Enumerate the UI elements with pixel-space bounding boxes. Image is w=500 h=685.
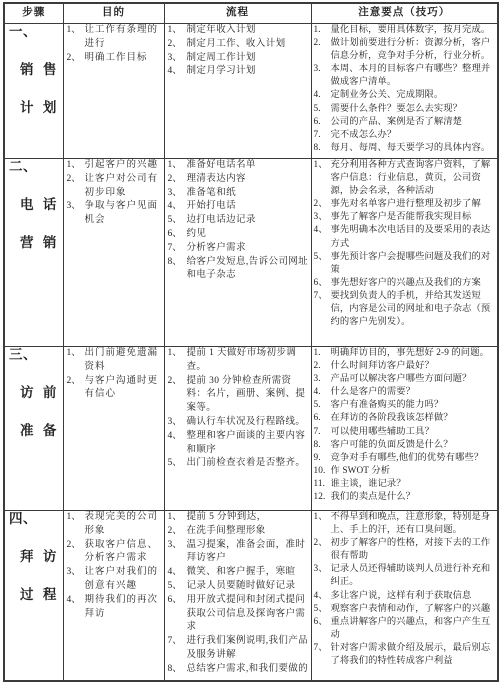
list-item: 8.每月、每周、每天要学习的具体内容。 xyxy=(312,142,498,155)
list-item-text: 在洗手间整理形象 xyxy=(187,525,311,539)
list-item-number: 1、 xyxy=(64,347,85,361)
list-item-number: 5、 xyxy=(312,603,331,616)
list-item-text: 什么时间拜访客户最好？ xyxy=(331,360,498,373)
list-item-number: 5、 xyxy=(165,457,187,471)
list-item-text: 获取客户信息、分析客户需求 xyxy=(85,539,164,567)
list-item-text: 观察客户表情和动作，了解客户的兴趣 xyxy=(331,603,498,616)
list-item-text: 作 SWOT 分析 xyxy=(331,465,498,478)
list-item-number: 2. xyxy=(312,37,331,50)
list-item: 4、开始打电话 xyxy=(165,200,311,214)
step-cell: 一、 销 售 计 划 xyxy=(4,24,63,159)
list-item-text: 初步了解客户的性格，对接下去的工作很有帮助 xyxy=(331,537,498,563)
list-item-number: 5、 xyxy=(165,214,187,228)
list-item-text: 让客户对我们的创意有兴趣 xyxy=(85,566,164,594)
list-item: 2、与客户沟通时更有信心 xyxy=(64,375,164,403)
list-item-text: 事先明确本次电话目的及要采用的表达方式 xyxy=(331,224,498,250)
step-cell: 四、 拜 访 过 程 xyxy=(4,511,63,682)
list-item-text: 针对客户需求做介绍及展示，最后别忘了将我们的特性转成客户利益 xyxy=(331,642,498,668)
list-item: 1、让工作有条理的进行 xyxy=(64,24,164,52)
column-header-step: 步骤 xyxy=(4,3,63,24)
list-item-number: 3. xyxy=(312,63,331,76)
list-item: 5.需要什么条件？要怎么去实现？ xyxy=(312,103,498,116)
list-item: 1、制定年收入计划 xyxy=(165,24,311,38)
list-item-text: 微笑、和客户握手，寒暄 xyxy=(187,566,311,580)
notes-cell: 1、充分利用各种方式查询客户资料，了解客户信息：行业信息，黄页，公司资源，协会名… xyxy=(311,159,498,347)
list-item-text: 期待我们的再次拜访 xyxy=(85,594,164,622)
list-item-text: 事先对名单客户进行整理及初步了解 xyxy=(331,198,498,211)
list-item-text: 谁主谈，谁记录？ xyxy=(331,478,498,491)
list-item: 11.谁主谈，谁记录？ xyxy=(312,478,498,491)
step-number: 二、 xyxy=(5,159,63,175)
list-item-number: 8. xyxy=(312,439,331,452)
list-item-text: 本周、本月的目标客户有哪些？整理并做成客户清单。 xyxy=(331,63,498,89)
list-item-text: 量化目标，要用具体数字，按月完成。 xyxy=(331,24,498,37)
process-cell: 1、提前 5 分钟到达，2、在洗手间整理形象3、温习提案，准备会面，准时拜访客户… xyxy=(164,511,311,682)
list-item: 1、引起客户的兴趣 xyxy=(64,159,164,173)
list-item: 2、制定月工作、收入计划 xyxy=(165,38,311,52)
list-item-number: 4、 xyxy=(165,200,187,214)
list-item: 1、出门前避免遗漏资料 xyxy=(64,347,164,375)
list-item-text: 边打电话边记录 xyxy=(187,214,311,228)
purpose-cell: 1、出门前避免遗漏资料2、与客户沟通时更有信心 xyxy=(63,347,164,511)
list-item-number: 1、 xyxy=(165,159,187,173)
list-item: 5、观察客户表情和动作，了解客户的兴趣 xyxy=(312,603,498,616)
list-item-text: 争取与客户见面机会 xyxy=(85,200,164,228)
list-item-text: 事先预计客户会提哪些问题及我们的对策 xyxy=(331,251,498,277)
list-item-number: 4、 xyxy=(165,430,187,444)
list-item: 1、提前 5 分钟到达， xyxy=(165,511,311,525)
list-item: 3、记录人员还得辅助谈判人员进行补充和纠正。 xyxy=(312,563,498,589)
list-item-text: 提前 1 天做好市场初步调查。 xyxy=(187,347,311,375)
list-item: 6、事先想好客户的兴趣点及我们的方案 xyxy=(312,277,498,290)
list-item: 1、不得早到和晚点，注意形象，特别是身上、手上的汗，还有口臭问题。 xyxy=(312,511,498,537)
list-item-number: 3、 xyxy=(64,200,85,214)
list-item-text: 准备好电话名单 xyxy=(187,159,311,173)
list-item-number: 2、 xyxy=(165,38,187,52)
list-item: 3、制定周工作计划 xyxy=(165,52,311,66)
list-item-number: 7、 xyxy=(312,642,331,655)
list-item-text: 事先想好客户的兴趣点及我们的方案 xyxy=(331,277,498,290)
list-item-number: 7、 xyxy=(312,290,331,303)
list-item: 2、获取客户信息、分析客户需求 xyxy=(64,539,164,567)
list-item-number: 2、 xyxy=(312,537,331,550)
list-item: 5、出门前检查衣着是否整齐。 xyxy=(165,457,311,471)
list-item-number: 9. xyxy=(312,452,331,465)
step-cell: 二、 电 话 营 销 xyxy=(4,159,63,347)
table-row-visit-process: 四、 拜 访 过 程 1、表现完美的公司形象2、获取客户信息、分析客户需求3、让… xyxy=(4,511,498,682)
list-item: 2、事先对名单客户进行整理及初步了解 xyxy=(312,198,498,211)
list-item-number: 2、 xyxy=(64,375,85,389)
list-item-number: 2、 xyxy=(312,198,331,211)
list-item-number: 3、 xyxy=(312,563,331,576)
list-item-text: 提前 5 分钟到达， xyxy=(187,511,311,525)
list-item-text: 多让客户说，这样有利于获取信息 xyxy=(331,590,498,603)
list-item: 4、微笑、和客户握手，寒暄 xyxy=(165,566,311,580)
list-item: 9.竞争对手有哪些,他们的优势有哪些？ xyxy=(312,452,498,465)
list-item-number: 2、 xyxy=(64,539,85,553)
list-item-text: 制定月学习计划 xyxy=(187,65,311,79)
list-item-text: 用开放式提问和封闭式提问获取公司信息及探询客户需求 xyxy=(187,594,311,635)
list-item-number: 8、 xyxy=(165,663,187,677)
list-item-number: 11. xyxy=(312,478,331,491)
list-item: 6、约见 xyxy=(165,228,311,242)
document-page: 步骤 目的 流程 注意要点（技巧） 一、 销 售 计 划 1、让工作有条理的进行… xyxy=(0,0,500,682)
list-item: 7、进行我们案例说明,我们产品及服务讲解 xyxy=(165,635,311,663)
list-item: 3、争取与客户见面机会 xyxy=(64,200,164,228)
list-item-text: 做计划前要进行分析：资源分析，客户信息分析，竞争对手分析，行业分析。 xyxy=(331,37,498,63)
list-item-number: 1、 xyxy=(64,159,85,173)
notes-cell: 1.量化目标，要用具体数字，按月完成。2.做计划前要进行分析：资源分析，客户信息… xyxy=(311,24,498,159)
list-item: 2、初步了解客户的性格，对接下去的工作很有帮助 xyxy=(312,537,498,563)
list-item-number: 6. xyxy=(312,116,331,129)
list-item-text: 可以使用哪些辅助工具？ xyxy=(331,426,498,439)
list-item: 3、让客户对我们的创意有兴趣 xyxy=(64,566,164,594)
list-item: 10.作 SWOT 分析 xyxy=(312,465,498,478)
process-cell: 1、制定年收入计划2、制定月工作、收入计划3、制定周工作计划4、制定月学习计划 xyxy=(164,24,311,159)
step-cell: 三、 访 前 准 备 xyxy=(4,347,63,511)
step-number: 四、 xyxy=(5,511,63,527)
list-item: 4.定制业务公关、完成期限。 xyxy=(312,89,498,102)
list-item-text: 理清表达内容 xyxy=(187,173,311,187)
list-item: 6、重点讲解客户的兴趣点，和客户产生互动 xyxy=(312,616,498,642)
list-item-text: 整理和客户面谈的主要内容和顺序 xyxy=(187,430,311,458)
column-header-process: 流程 xyxy=(164,3,311,24)
list-item: 7、针对客户需求做介绍及展示，最后别忘了将我们的特性转成客户利益 xyxy=(312,642,498,668)
list-item: 2.做计划前要进行分析：资源分析，客户信息分析，竞争对手分析，行业分析。 xyxy=(312,37,498,63)
list-item: 4、事先明确本次电话目的及要采用的表达方式 xyxy=(312,224,498,250)
list-item-number: 1、 xyxy=(165,24,187,38)
list-item: 5、事先预计客户会提哪些问题及我们的对策 xyxy=(312,251,498,277)
list-item-text: 温习提案，准备会面，准时拜访客户 xyxy=(187,539,311,567)
list-item-text: 出门前检查衣着是否整齐。 xyxy=(187,457,311,471)
list-item: 1、充分利用各种方式查询客户资料，了解客户信息：行业信息，黄页，公司资源，协会名… xyxy=(312,159,498,198)
list-item: 2、让客户对公司有初步印象 xyxy=(64,173,164,201)
table-row-telemarketing: 二、 电 话 营 销 1、引起客户的兴趣2、让客户对公司有初步印象3、争取与客户… xyxy=(4,159,498,347)
list-item-text: 开始打电话 xyxy=(187,200,311,214)
list-item-number: 2、 xyxy=(64,52,85,66)
list-item-number: 4. xyxy=(312,89,331,102)
step-label-line: 拜 访 xyxy=(5,549,63,565)
list-item-text: 不得早到和晚点，注意形象，特别是身上、手上的汗，还有口臭问题。 xyxy=(331,511,498,537)
list-item-text: 竞争对手有哪些,他们的优势有哪些？ xyxy=(331,452,498,465)
list-item: 8、给客户发短息,告诉公司网址和电子杂志 xyxy=(165,256,311,284)
list-item-number: 2. xyxy=(312,360,331,373)
list-item-text: 确认行车状况及行程路线。 xyxy=(187,416,311,430)
list-item-text: 提前 30 分钟检查所需资料：名片，画册、案例、提案等。 xyxy=(187,375,311,416)
list-item-text: 定制业务公关、完成期限。 xyxy=(331,89,498,102)
list-item-number: 8. xyxy=(312,142,331,155)
list-item-text: 制定周工作计划 xyxy=(187,52,311,66)
list-item-number: 1、 xyxy=(64,511,85,525)
list-item-number: 3. xyxy=(312,373,331,386)
step-label-line: 计 划 xyxy=(5,100,63,116)
list-item-text: 给客户发短息,告诉公司网址和电子杂志 xyxy=(187,256,311,284)
column-header-notes: 注意要点（技巧） xyxy=(311,3,498,24)
step-label-line: 电 话 xyxy=(5,197,63,213)
list-item-number: 3、 xyxy=(165,539,187,553)
list-item-text: 产品可以解决客户哪些方面问题？ xyxy=(331,373,498,386)
list-item: 6.公司的产品、案例是否了解清楚 xyxy=(312,116,498,129)
list-item-text: 事先了解客户是否能帮我实现目标 xyxy=(331,211,498,224)
column-header-purpose: 目的 xyxy=(63,3,164,24)
list-item-text: 出门前避免遗漏资料 xyxy=(85,347,164,375)
list-item: 1.明确拜访目的，事先想好 2-9 的问题。 xyxy=(312,347,498,360)
list-item-number: 7、 xyxy=(165,635,187,649)
list-item-number: 4. xyxy=(312,386,331,399)
list-item-text: 分析客户需求 xyxy=(187,242,311,256)
list-item-text: 什么是客户的需要？ xyxy=(331,386,498,399)
list-item-number: 8、 xyxy=(165,256,187,270)
sales-process-table: 步骤 目的 流程 注意要点（技巧） 一、 销 售 计 划 1、让工作有条理的进行… xyxy=(3,2,499,682)
list-item-number: 3、 xyxy=(64,566,85,580)
list-item-number: 4、 xyxy=(165,566,187,580)
step-label-line: 过 程 xyxy=(5,587,63,603)
list-item-number: 12. xyxy=(312,491,331,504)
list-item-text: 准备笔和纸 xyxy=(187,187,311,201)
list-item-number: 3、 xyxy=(165,187,187,201)
list-item-number: 7. xyxy=(312,426,331,439)
list-item: 3、准备笔和纸 xyxy=(165,187,311,201)
list-item: 4、整理和客户面谈的主要内容和顺序 xyxy=(165,430,311,458)
list-item-text: 约见 xyxy=(187,228,311,242)
list-item: 7.完不成怎么办？ xyxy=(312,129,498,142)
list-item-number: 3、 xyxy=(165,416,187,430)
list-item: 1、提前 1 天做好市场初步调查。 xyxy=(165,347,311,375)
list-item-text: 完不成怎么办？ xyxy=(331,129,498,142)
list-item-number: 1、 xyxy=(312,159,331,172)
list-item-text: 总结客户需求,和我们要做的 xyxy=(187,663,311,677)
list-item-number: 6. xyxy=(312,412,331,425)
list-item: 2、理清表达内容 xyxy=(165,173,311,187)
step-label-line: 销 售 xyxy=(5,62,63,78)
list-item: 12.我们的卖点是什么？ xyxy=(312,491,498,504)
process-cell: 1、准备好电话名单2、理清表达内容3、准备笔和纸4、开始打电话5、边打电话边记录… xyxy=(164,159,311,347)
list-item-text: 明确工作目标 xyxy=(85,52,164,66)
list-item-number: 1、 xyxy=(312,511,331,524)
list-item-number: 7. xyxy=(312,129,331,142)
list-item: 2、在洗手间整理形象 xyxy=(165,525,311,539)
list-item-text: 记录人员还得辅助谈判人员进行补充和纠正。 xyxy=(331,563,498,589)
list-item: 8、总结客户需求,和我们要做的 xyxy=(165,663,311,677)
purpose-cell: 1、让工作有条理的进行2、明确工作目标 xyxy=(63,24,164,159)
process-cell: 1、提前 1 天做好市场初步调查。2、提前 30 分钟检查所需资料：名片，画册、… xyxy=(164,347,311,511)
list-item-text: 制定月工作、收入计划 xyxy=(187,38,311,52)
list-item-number: 6、 xyxy=(312,616,331,629)
list-item-text: 公司的产品、案例是否了解清楚 xyxy=(331,116,498,129)
list-item: 2.什么时间拜访客户最好？ xyxy=(312,360,498,373)
list-item-number: 2、 xyxy=(165,375,187,389)
list-item: 1、表现完美的公司形象 xyxy=(64,511,164,539)
list-item: 2、提前 30 分钟检查所需资料：名片，画册、案例、提案等。 xyxy=(165,375,311,416)
list-item-number: 2、 xyxy=(165,173,187,187)
list-item-number: 1、 xyxy=(165,347,187,361)
list-item-text: 要找到负责人的手机，并给其发送短信，内容是公司的网址和电子杂志（预约的客户先别发… xyxy=(331,290,498,329)
table-row-sales-plan: 一、 销 售 计 划 1、让工作有条理的进行2、明确工作目标 1、制定年收入计划… xyxy=(4,24,498,159)
list-item: 6.在拜访的各阶段我该怎样做？ xyxy=(312,412,498,425)
list-item: 4、多让客户说，这样有利于获取信息 xyxy=(312,590,498,603)
step-number: 三、 xyxy=(5,347,63,363)
list-item: 3.本周、本月的目标客户有哪些？整理并做成客户清单。 xyxy=(312,63,498,89)
list-item-text: 让工作有条理的进行 xyxy=(85,24,164,52)
list-item: 4.什么是客户的需要？ xyxy=(312,386,498,399)
list-item-number: 1、 xyxy=(64,24,85,38)
list-item: 7.可以使用哪些辅助工具？ xyxy=(312,426,498,439)
list-item-number: 6、 xyxy=(165,594,187,608)
purpose-cell: 1、表现完美的公司形象2、获取客户信息、分析客户需求3、让客户对我们的创意有兴趣… xyxy=(63,511,164,682)
list-item-text: 需要什么条件？要怎么去实现？ xyxy=(331,103,498,116)
list-item-text: 客户有准备购买的能力吗？ xyxy=(331,399,498,412)
list-item: 3、温习提案，准备会面，准时拜访客户 xyxy=(165,539,311,567)
list-item: 4、期待我们的再次拜访 xyxy=(64,594,164,622)
list-item-number: 5、 xyxy=(312,251,331,264)
notes-cell: 1、不得早到和晚点，注意形象，特别是身上、手上的汗，还有口臭问题。2、初步了解客… xyxy=(311,511,498,682)
list-item: 3、事先了解客户是否能帮我实现目标 xyxy=(312,211,498,224)
list-item: 1、准备好电话名单 xyxy=(165,159,311,173)
table-row-pre-visit-prep: 三、 访 前 准 备 1、出门前避免遗漏资料2、与客户沟通时更有信心 1、提前 … xyxy=(4,347,498,511)
step-label-line: 营 销 xyxy=(5,235,63,251)
list-item-number: 2、 xyxy=(64,173,85,187)
list-item-number: 7、 xyxy=(165,242,187,256)
list-item-text: 记录人员要随时做好记录 xyxy=(187,580,311,594)
list-item-text: 与客户沟通时更有信心 xyxy=(85,375,164,403)
list-item-number: 1、 xyxy=(165,511,187,525)
list-item-number: 4、 xyxy=(64,594,85,608)
list-item: 4、制定月学习计划 xyxy=(165,65,311,79)
list-item-number: 5. xyxy=(312,103,331,116)
list-item: 7、分析客户需求 xyxy=(165,242,311,256)
list-item-text: 明确拜访目的，事先想好 2-9 的问题。 xyxy=(331,347,498,360)
list-item-text: 进行我们案例说明,我们产品及服务讲解 xyxy=(187,635,311,663)
notes-cell: 1.明确拜访目的，事先想好 2-9 的问题。2.什么时间拜访客户最好？3.产品可… xyxy=(311,347,498,511)
list-item-text: 制定年收入计划 xyxy=(187,24,311,38)
list-item-number: 6、 xyxy=(312,277,331,290)
list-item-number: 5、 xyxy=(165,580,187,594)
list-item: 6、用开放式提问和封闭式提问获取公司信息及探询客户需求 xyxy=(165,594,311,635)
list-item-text: 重点讲解客户的兴趣点，和客户产生互动 xyxy=(331,616,498,642)
list-item-number: 3、 xyxy=(165,52,187,66)
list-item-number: 10. xyxy=(312,465,331,478)
list-item: 3.产品可以解决客户哪些方面问题？ xyxy=(312,373,498,386)
list-item-number: 1. xyxy=(312,24,331,37)
step-label-line: 准 备 xyxy=(5,423,63,439)
list-item: 7、要找到负责人的手机，并给其发送短信，内容是公司的网址和电子杂志（预约的客户先… xyxy=(312,290,498,329)
list-item-number: 6、 xyxy=(165,228,187,242)
step-label-line: 访 前 xyxy=(5,385,63,401)
list-item: 1.量化目标，要用具体数字，按月完成。 xyxy=(312,24,498,37)
list-item-number: 3、 xyxy=(312,211,331,224)
list-item: 5、边打电话边记录 xyxy=(165,214,311,228)
list-item-number: 4、 xyxy=(312,224,331,237)
list-item-text: 让客户对公司有初步印象 xyxy=(85,173,164,201)
list-item-text: 充分利用各种方式查询客户资料，了解客户信息：行业信息，黄页，公司资源，协会名录，… xyxy=(331,159,498,198)
list-item-number: 2、 xyxy=(165,525,187,539)
list-item: 5、记录人员要随时做好记录 xyxy=(165,580,311,594)
list-item-number: 1. xyxy=(312,347,331,360)
list-item-text: 我们的卖点是什么？ xyxy=(331,491,498,504)
list-item-number: 4、 xyxy=(312,590,331,603)
list-item: 8.客户可能的负面反馈是什么？ xyxy=(312,439,498,452)
list-item-number: 4、 xyxy=(165,65,187,79)
list-item-number: 5. xyxy=(312,399,331,412)
step-number: 一、 xyxy=(5,24,63,40)
list-item-text: 每月、每周、每天要学习的具体内容。 xyxy=(331,142,498,155)
list-item: 3、确认行车状况及行程路线。 xyxy=(165,416,311,430)
purpose-cell: 1、引起客户的兴趣2、让客户对公司有初步印象3、争取与客户见面机会 xyxy=(63,159,164,347)
list-item-text: 在拜访的各阶段我该怎样做？ xyxy=(331,412,498,425)
table-header-row: 步骤 目的 流程 注意要点（技巧） xyxy=(4,3,498,24)
list-item-text: 表现完美的公司形象 xyxy=(85,511,164,539)
list-item: 5.客户有准备购买的能力吗？ xyxy=(312,399,498,412)
list-item-text: 引起客户的兴趣 xyxy=(85,159,164,173)
list-item-text: 客户可能的负面反馈是什么？ xyxy=(331,439,498,452)
list-item: 2、明确工作目标 xyxy=(64,52,164,66)
